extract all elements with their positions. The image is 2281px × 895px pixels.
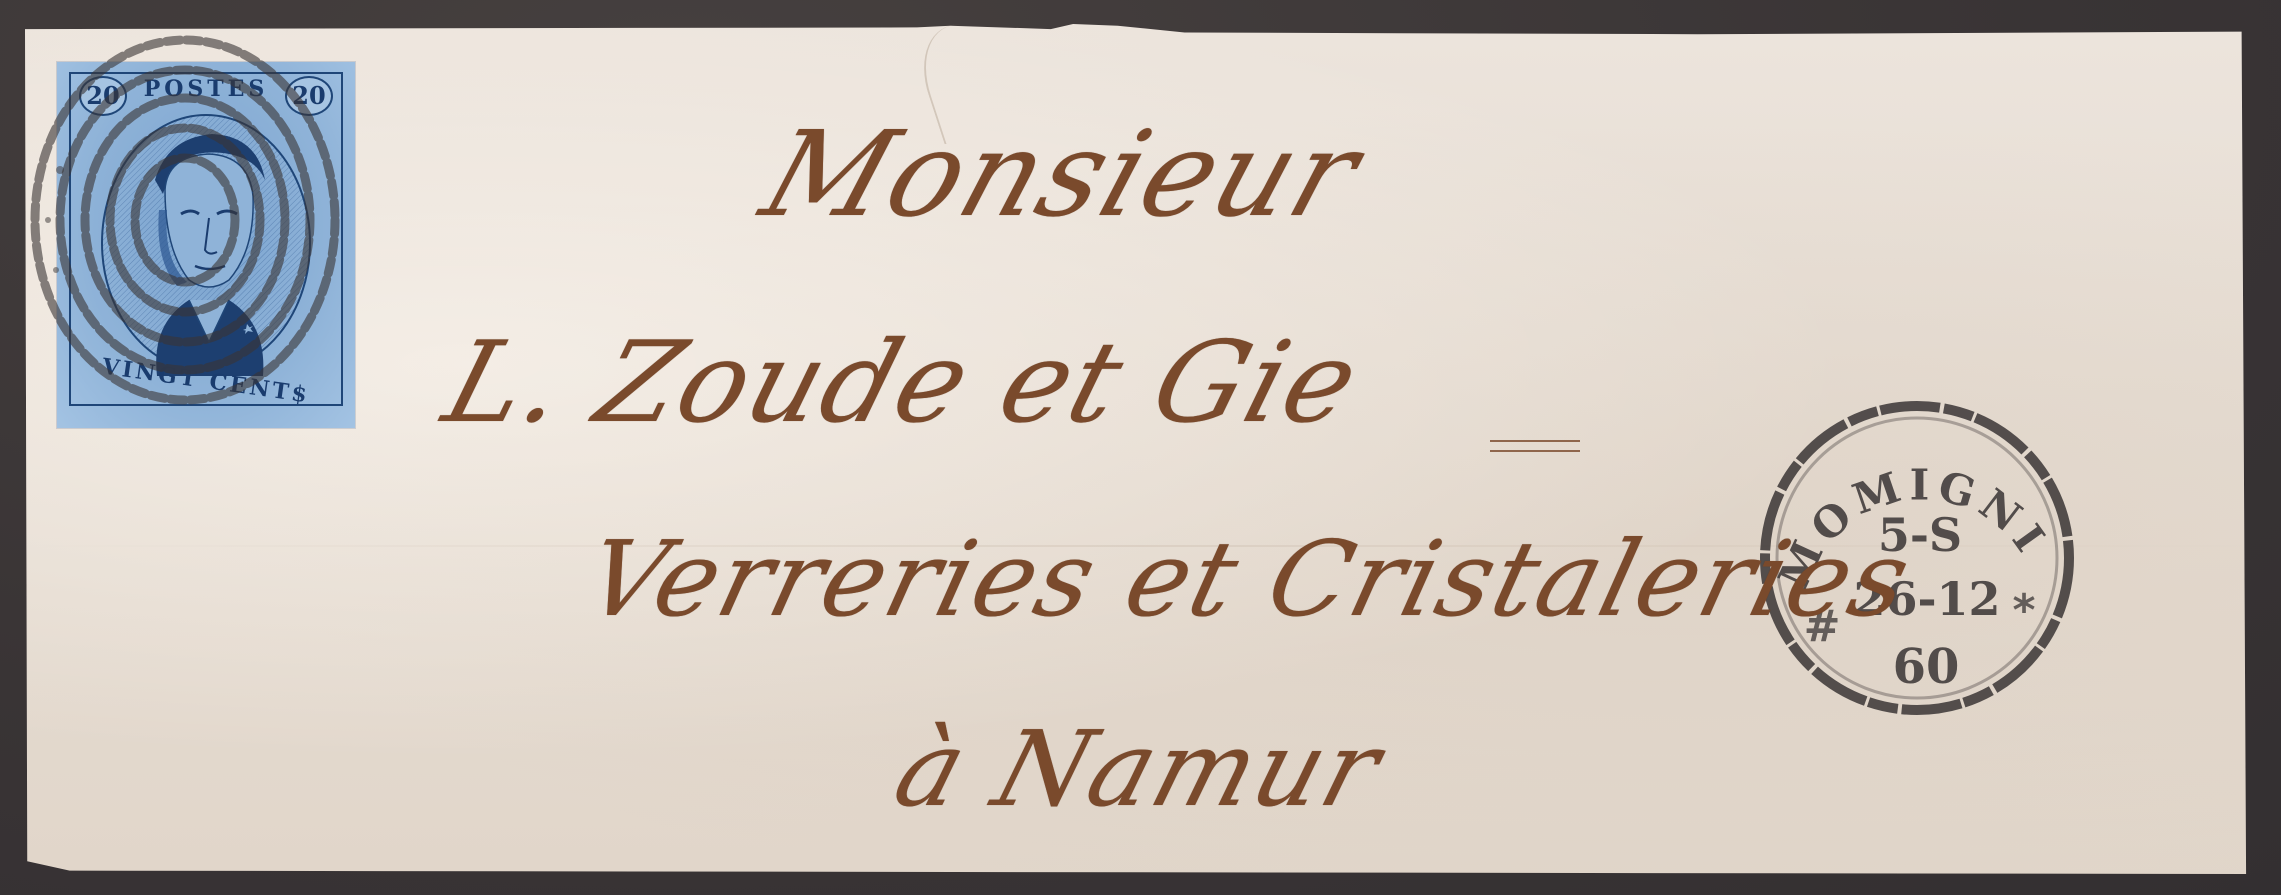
abbreviation-underline <box>1490 440 1580 452</box>
postmark-ornament-right: * <box>2012 585 2035 636</box>
address-line-company: Verreries et Cristaleries <box>575 518 1923 640</box>
address-line-recipient: L. Zoude et Gie <box>431 318 1373 448</box>
portrait-icon <box>97 110 315 376</box>
postmark-year: 60 <box>1893 639 1960 695</box>
address-line-salutation: Monsieur <box>748 105 1377 243</box>
address-line-city: à Namur <box>883 708 1395 830</box>
postage-stamp: 20 20 POSTES VINGT CENT$ <box>57 62 355 428</box>
stamp-top-label: POSTES <box>57 76 355 102</box>
